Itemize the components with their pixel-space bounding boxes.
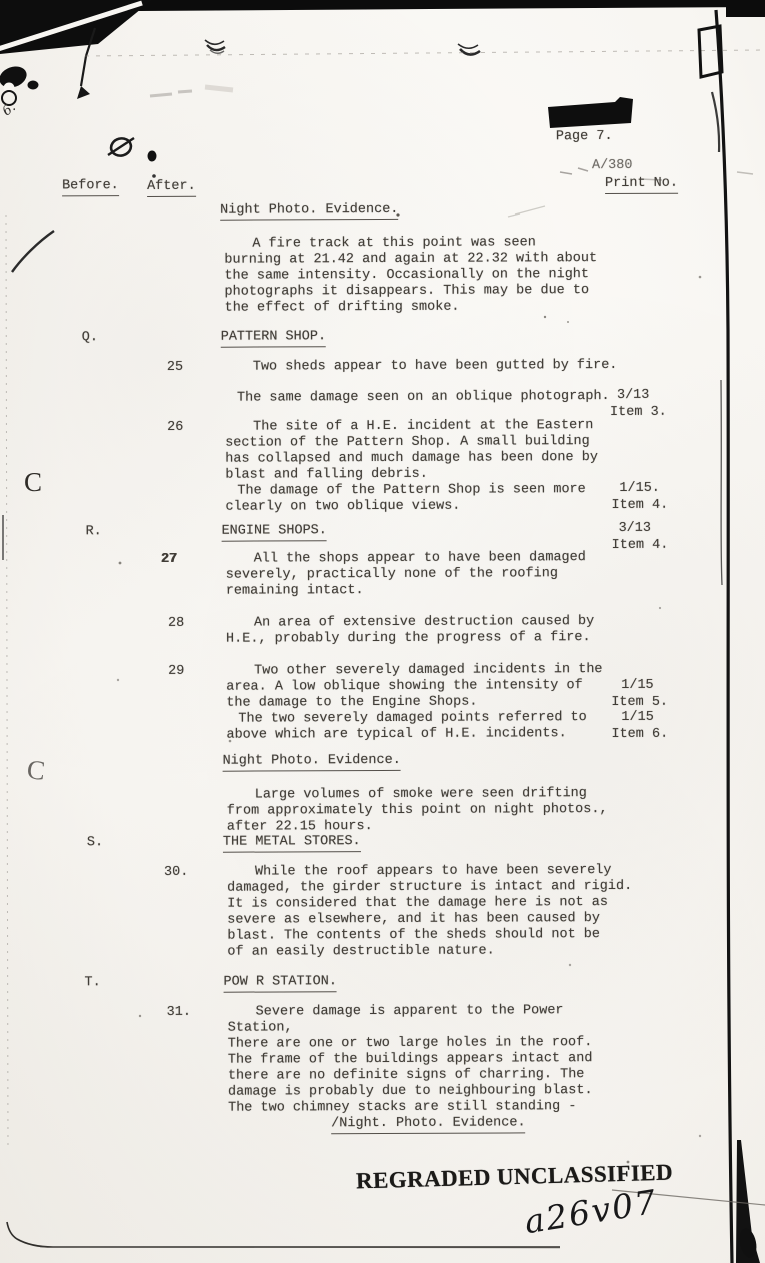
item-number-26: 26 bbox=[167, 420, 197, 436]
item-number-29: 29 bbox=[168, 664, 198, 680]
ref-item-4: Item 5. bbox=[611, 695, 668, 711]
item-29-subtext: The two severely damaged points referred… bbox=[226, 710, 641, 744]
continuation-note: /Night. Photo. Evidence. bbox=[331, 1115, 526, 1134]
night-photo-para-2: Large volumes of smoke were seen driftin… bbox=[227, 786, 635, 836]
margin-mark-c1: C bbox=[24, 469, 42, 496]
section-heading-engine-shops: ENGINE SHOPS. bbox=[222, 523, 327, 541]
ref-item-5: Item 6. bbox=[611, 727, 668, 743]
after-column-header: After. bbox=[147, 179, 196, 197]
ref-print-4: 1/15 bbox=[621, 678, 653, 694]
ref-print-2: 1/15. bbox=[619, 481, 660, 497]
page-number: Page 7. bbox=[556, 129, 613, 145]
ref-item-1: Item 3. bbox=[610, 405, 667, 421]
item-25-text: Two sheds appear to have been gutted by … bbox=[225, 358, 633, 376]
item-number-25: 25 bbox=[167, 360, 197, 376]
margin-mark-c2: C bbox=[26, 756, 47, 785]
item-number-28: 28 bbox=[168, 616, 198, 632]
item-27-text: All the shops appear to have been damage… bbox=[226, 550, 634, 600]
item-26-subtext: The damage of the Pattern Shop is seen m… bbox=[225, 482, 640, 516]
night-photo-heading-2: Night Photo. Evidence. bbox=[223, 753, 401, 772]
item-30-text: While the roof appears to have been seve… bbox=[227, 863, 645, 961]
item-number-31: 31. bbox=[167, 1005, 197, 1021]
item-number-30: 30. bbox=[164, 865, 194, 881]
ref-print-1: 3/13 bbox=[617, 388, 649, 404]
section-letter-s: S. bbox=[87, 835, 103, 851]
section-heading-metal-stores: THE METAL STORES. bbox=[223, 834, 361, 853]
item-29-text: Two other severely damaged incidents in … bbox=[226, 662, 634, 712]
item-25-subtext: The same damage seen on an oblique photo… bbox=[225, 389, 640, 407]
print-no-label: Print No. bbox=[605, 176, 678, 194]
ref-item-2: Item 4. bbox=[611, 498, 668, 514]
section-letter-q: Q. bbox=[82, 330, 98, 346]
ref-print-5: 1/15 bbox=[621, 710, 653, 726]
ref-item-3: Item 4. bbox=[612, 538, 669, 554]
typed-content: Page 7. A/380 Print No. Before. After. N… bbox=[0, 0, 765, 1263]
section-letter-r: R. bbox=[86, 524, 102, 540]
item-26-text: The site of a H.E. incident at the Easte… bbox=[225, 418, 633, 484]
item-number-27: 27 bbox=[161, 552, 191, 568]
section-letter-t: T. bbox=[84, 975, 100, 991]
print-ref: A/380 bbox=[592, 158, 633, 174]
before-column-header: Before. bbox=[62, 178, 119, 196]
night-photo-para-1: A fire track at this point was seen burn… bbox=[224, 235, 632, 317]
section-heading-pattern-shop: PATTERN SHOP. bbox=[221, 329, 326, 347]
night-photo-heading-1: Night Photo. Evidence. bbox=[220, 202, 398, 221]
item-31-text: Severe damage is apparent to the Power S… bbox=[228, 1003, 636, 1117]
item-28-text: An area of extensive destruction caused … bbox=[226, 614, 634, 648]
section-heading-power-station: POW R STATION. bbox=[223, 974, 336, 992]
ref-print-3: 3/13 bbox=[619, 521, 651, 537]
scanned-report-page: 6. Page 7. A/380 Print No. Before. After… bbox=[0, 0, 765, 1263]
